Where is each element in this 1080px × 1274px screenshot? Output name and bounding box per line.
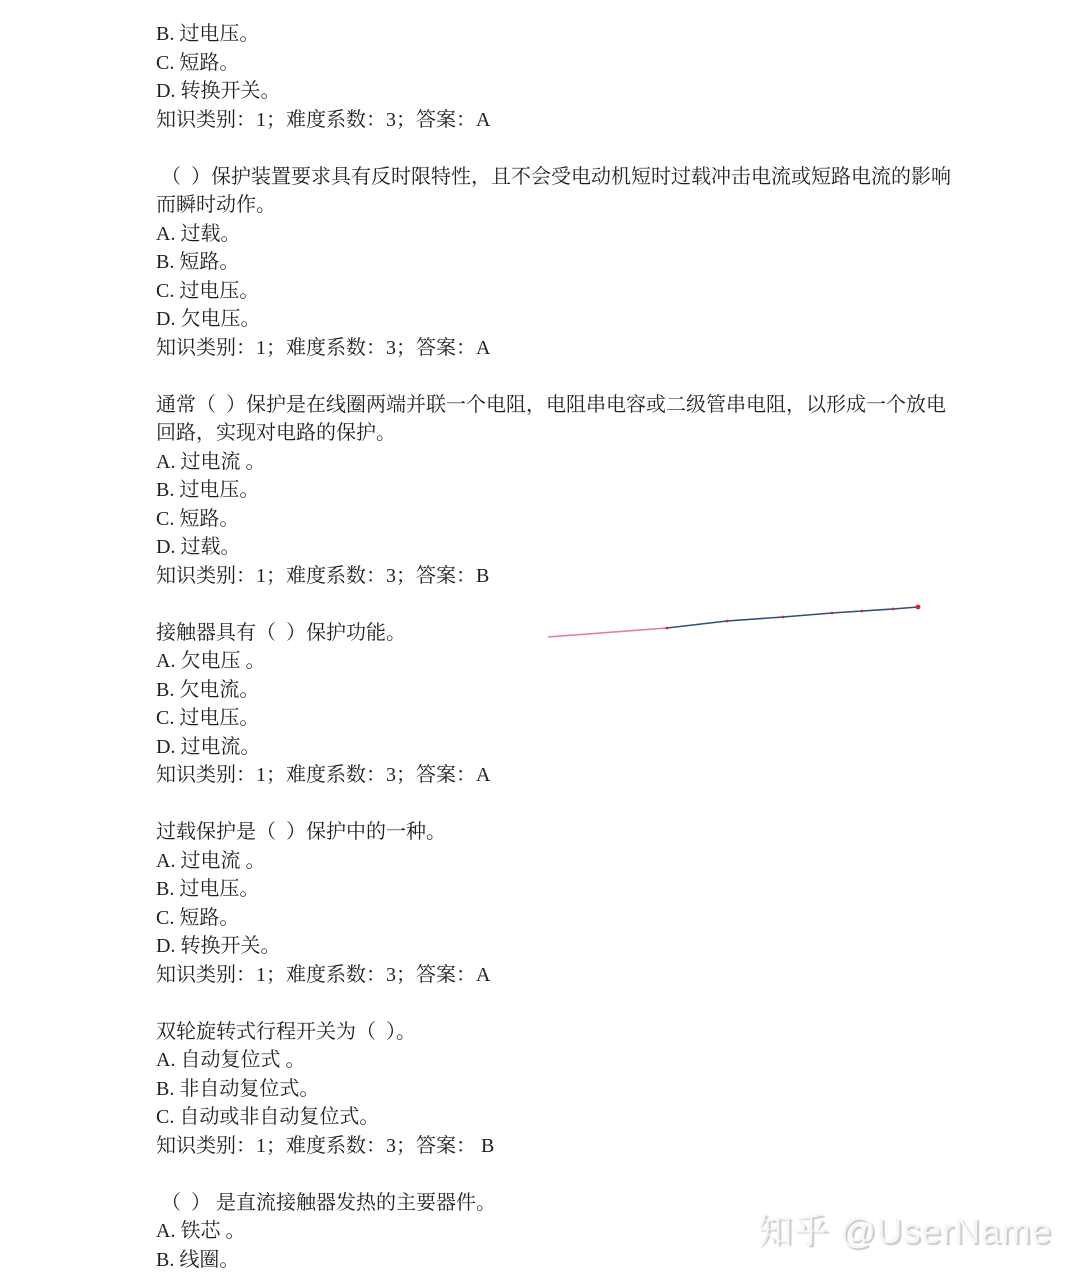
zhihu-watermark: 知乎 @UserName: [757, 1204, 1052, 1254]
meta-line: 知识类别：1；难度系数：3；答案：A: [156, 761, 956, 790]
question-block: 过载保护是（ ）保护中的一种。A. 过电流 。B. 过电压。C. 短路。D. 转…: [156, 818, 956, 989]
option-line: A. 过载。: [156, 220, 956, 249]
question-line: 双轮旋转式行程开关为（ ）。: [156, 1018, 956, 1047]
option-line: D. 转换开关。: [156, 77, 956, 106]
option-line: A. 欠电压 。: [156, 647, 956, 676]
meta-line: 知识类别：1；难度系数：3；答案：A: [156, 106, 956, 135]
meta-line: 知识类别：1；难度系数：3；答案： B: [156, 1132, 956, 1161]
question-line: 过载保护是（ ）保护中的一种。: [156, 818, 956, 847]
question-block: B. 过电压。C. 短路。D. 转换开关。知识类别：1；难度系数：3；答案：A: [156, 20, 956, 134]
option-line: B. 欠电流。: [156, 676, 956, 705]
question-line: 回路，实现对电路的保护。: [156, 419, 956, 448]
option-line: B. 过电压。: [156, 476, 956, 505]
option-line: B. 过电压。: [156, 20, 956, 49]
option-line: C. 短路。: [156, 505, 956, 534]
question-line: 而瞬时动作。: [156, 191, 956, 220]
option-line: C. 短路。: [156, 49, 956, 78]
question-line: 通常（ ）保护是在线圈两端并联一个电阻，电阻串电容或二级管串电阻，以形成一个放电: [156, 391, 956, 420]
question-block: 双轮旋转式行程开关为（ ）。A. 自动复位式 。B. 非自动复位式。C. 自动或…: [156, 1018, 956, 1161]
question-block: （ ）保护装置要求具有反时限特性，且不会受电动机短时过载冲击电流或短路电流的影响…: [156, 163, 956, 363]
option-line: D. 欠电压。: [156, 305, 956, 334]
option-line: D. 转换开关。: [156, 932, 956, 961]
meta-line: 知识类别：1；难度系数：3；答案：A: [156, 334, 956, 363]
option-line: C. 过电压。: [156, 704, 956, 733]
option-line: A. 自动复位式 。: [156, 1046, 956, 1075]
option-line: A. 过电流 。: [156, 448, 956, 477]
meta-line: 知识类别：1；难度系数：3；答案：B: [156, 562, 956, 591]
option-line: D. 过载。: [156, 533, 956, 562]
question-line: 接触器具有（ ）保护功能。: [156, 619, 956, 648]
option-line: D. 过电流。: [156, 733, 956, 762]
question-block: 通常（ ）保护是在线圈两端并联一个电阻，电阻串电容或二级管串电阻，以形成一个放电…: [156, 391, 956, 591]
option-line: C. 短路。: [156, 904, 956, 933]
question-line: （ ）保护装置要求具有反时限特性，且不会受电动机短时过载冲击电流或短路电流的影响: [156, 163, 956, 192]
option-line: B. 非自动复位式。: [156, 1075, 956, 1104]
option-line: B. 短路。: [156, 248, 956, 277]
question-list: B. 过电压。C. 短路。D. 转换开关。知识类别：1；难度系数：3；答案：A …: [156, 20, 956, 1274]
option-line: C. 过电压。: [156, 277, 956, 306]
meta-line: 知识类别：1；难度系数：3；答案：A: [156, 961, 956, 990]
option-line: C. 自动或非自动复位式。: [156, 1103, 956, 1132]
option-line: B. 过电压。: [156, 875, 956, 904]
option-line: A. 过电流 。: [156, 847, 956, 876]
question-block: 接触器具有（ ）保护功能。A. 欠电压 。B. 欠电流。C. 过电压。D. 过电…: [156, 619, 956, 790]
